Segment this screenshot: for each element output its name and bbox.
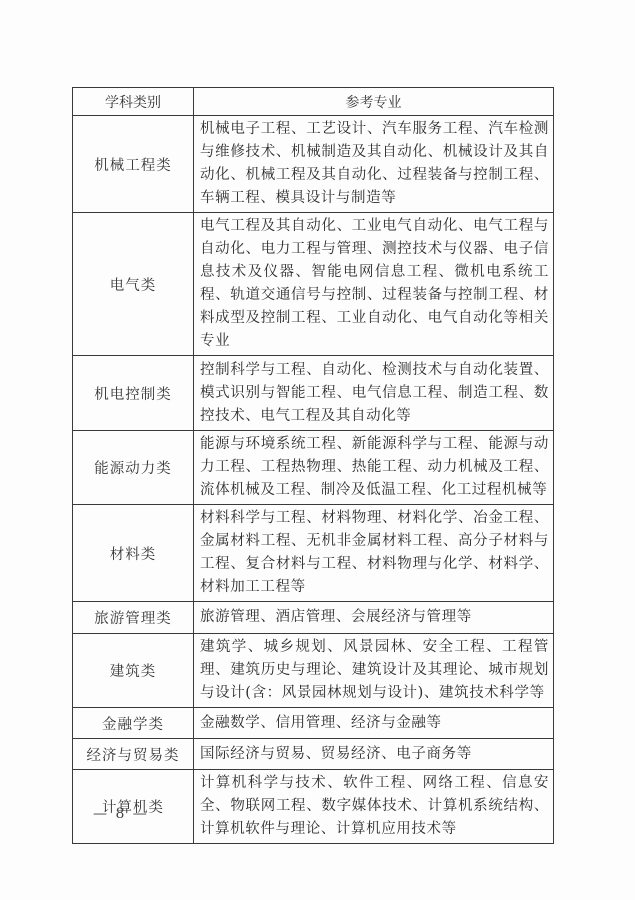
table-row: 旅游管理类 旅游管理、酒店管理、会展经济与管理等 (73, 602, 554, 634)
majors-cell: 旅游管理、酒店管理、会展经济与管理等 (194, 602, 554, 634)
table-row: 经济与贸易类 国际经济与贸易、贸易经济、电子商务等 (73, 739, 554, 770)
header-category: 学科类别 (73, 88, 194, 116)
majors-cell: 国际经济与贸易、贸易经济、电子商务等 (194, 739, 554, 770)
table-row: 材料类 材料科学与工程、材料物理、材料化学、冶金工程、金属材料工程、无机非金属材… (73, 505, 554, 602)
page-number: — 8 — (93, 806, 149, 822)
majors-cell: 计算机科学与技术、软件工程、网络工程、信息安全、物联网工程、数字媒体技术、计算机… (194, 770, 554, 844)
majors-cell: 机械电子工程、工艺设计、汽车服务工程、汽车检测与维修技术、机械制造及其自动化、机… (194, 116, 554, 213)
category-cell: 旅游管理类 (73, 602, 194, 634)
category-cell: 机电控制类 (73, 356, 194, 431)
table-row: 建筑类 建筑学、城乡规划、风景园林、安全工程、工程管理、建筑历史与理论、建筑设计… (73, 634, 554, 708)
table-header-row: 学科类别 参考专业 (73, 88, 554, 116)
majors-cell: 控制科学与工程、自动化、检测技术与自动化装置、模式识别与智能工程、电气信息工程、… (194, 356, 554, 431)
table-row: 金融学类 金融数学、信用管理、经济与金融等 (73, 708, 554, 739)
header-majors: 参考专业 (194, 88, 554, 116)
category-cell: 建筑类 (73, 634, 194, 708)
discipline-majors-table: 学科类别 参考专业 机械工程类 机械电子工程、工艺设计、汽车服务工程、汽车检测与… (72, 87, 554, 844)
category-cell: 机械工程类 (73, 116, 194, 213)
majors-cell: 建筑学、城乡规划、风景园林、安全工程、工程管理、建筑历史与理论、建筑设计及其理论… (194, 634, 554, 708)
table-row: 机电控制类 控制科学与工程、自动化、检测技术与自动化装置、模式识别与智能工程、电… (73, 356, 554, 431)
table-row: 机械工程类 机械电子工程、工艺设计、汽车服务工程、汽车检测与维修技术、机械制造及… (73, 116, 554, 213)
majors-cell: 金融数学、信用管理、经济与金融等 (194, 708, 554, 739)
majors-cell: 电气工程及其自动化、工业电气自动化、电气工程与自动化、电力工程与管理、测控技术与… (194, 213, 554, 356)
majors-cell: 材料科学与工程、材料物理、材料化学、冶金工程、金属材料工程、无机非金属材料工程、… (194, 505, 554, 602)
category-cell: 经济与贸易类 (73, 739, 194, 770)
category-cell: 电气类 (73, 213, 194, 356)
majors-cell: 能源与环境系统工程、新能源科学与工程、能源与动力工程、工程热物理、热能工程、动力… (194, 431, 554, 505)
table-row: 电气类 电气工程及其自动化、工业电气自动化、电气工程与自动化、电力工程与管理、测… (73, 213, 554, 356)
table-row: 能源动力类 能源与环境系统工程、新能源科学与工程、能源与动力工程、工程热物理、热… (73, 431, 554, 505)
category-cell: 材料类 (73, 505, 194, 602)
category-cell: 能源动力类 (73, 431, 194, 505)
category-cell: 金融学类 (73, 708, 194, 739)
